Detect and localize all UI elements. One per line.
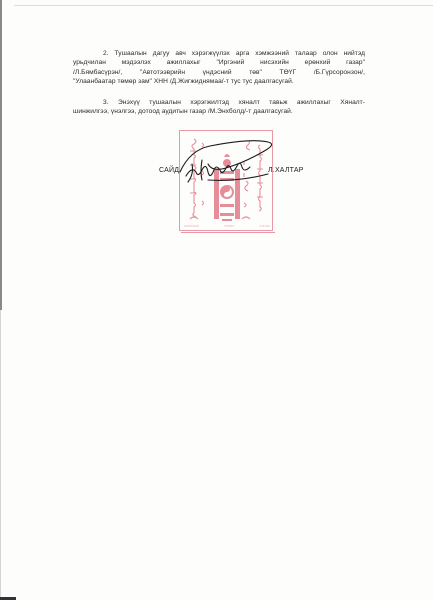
- signatory-name: Л.ХАЛТАР: [268, 167, 304, 174]
- signatory-title: САЙД: [159, 167, 179, 174]
- stamp-footer-text: 5370007: [224, 224, 235, 228]
- paragraph-line: шинжилгээ, үнэлгээ, дотоод аудитын газар…: [73, 107, 365, 116]
- scan-edge-shadow: [0, 0, 2, 310]
- paragraph-line: 3. Энэхүү тушаалын хэрэгжилтэд хяналт та…: [73, 98, 365, 107]
- stamp-underline: [181, 232, 275, 233]
- paragraph-line: "Улаанбаатар төмөр зам" ХНН /Д.Жигжидням…: [73, 77, 365, 86]
- stamp-footer: 9020050420 5370007 СЗА/303: [184, 224, 270, 228]
- paragraph-line: урьдчилан мэдээлэх ажиллахыг "Иргэний ни…: [73, 58, 365, 67]
- scan-edge-shadow-lower: [0, 310, 1, 600]
- paragraph-line: 2. Тушаалын дагуу авч хэрэгжүүлэх арга х…: [73, 49, 365, 58]
- stamp-footer-text: СЗА/303: [259, 224, 270, 228]
- handwritten-signature-icon: [178, 140, 278, 190]
- paragraph-3: 3. Энэхүү тушаалын хэрэгжилтэд хяналт та…: [73, 98, 365, 117]
- paragraph-line: /Л.Бямбасүрэн/, "Автотээврийн үндэсний т…: [73, 68, 365, 77]
- scan-top-line: [14, 5, 433, 6]
- document-page: 2. Тушаалын дагуу авч хэрэгжүүлэх арга х…: [0, 0, 433, 600]
- stamp-footer-text: 9020050420: [184, 224, 199, 228]
- paragraph-2: 2. Тушаалын дагуу авч хэрэгжүүлэх арга х…: [73, 49, 365, 87]
